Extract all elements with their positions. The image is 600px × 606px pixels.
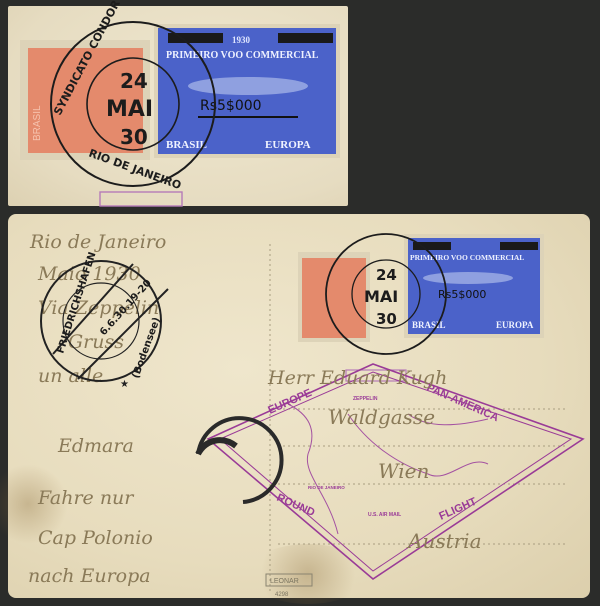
pc-rio-month: MAI	[364, 287, 398, 306]
postcard: Rio de Janeiro Maio 1930 Via Zeppelin Gr…	[8, 214, 590, 598]
cachet-flight: FLIGHT	[437, 496, 478, 523]
airmail-top-text: PRIMEIRO VOO COMMERCIAL	[166, 50, 319, 61]
hand-line: Cap Polonio	[38, 527, 153, 549]
address-line: Austria	[406, 529, 482, 553]
address-line: Waldgasse	[328, 405, 435, 429]
pc-airmail-top-text: PRIMEIRO VOO COMMERCIAL	[410, 253, 524, 262]
hand-line: Edmara	[57, 435, 134, 457]
purple-box-mark	[100, 192, 182, 206]
pc-rio-day: 24	[376, 266, 397, 284]
detail-inset: BRASIL 1930 PRIMEIRO VOO COMMERCIAL Rs5$…	[8, 6, 348, 206]
pc-airmail-country: BRASIL	[412, 320, 446, 330]
star-icon: ★	[120, 379, 129, 390]
cachet-city: RIO DE JANEIRO	[308, 485, 345, 490]
imprint-publisher: LEONAR	[270, 578, 299, 585]
hand-line: nach Europa	[28, 565, 151, 587]
airmail-destination: EUROPA	[265, 139, 311, 151]
postcard-svg: Rio de Janeiro Maio 1930 Via Zeppelin Gr…	[8, 214, 590, 598]
rio-day: 24	[120, 69, 148, 93]
airmail-stamp: 1930 PRIMEIRO VOO COMMERCIAL Rs5$000 BRA…	[154, 24, 340, 158]
publisher-imprint: LEONAR 4298	[266, 574, 312, 598]
pc-airmail-destination: EUROPA	[496, 320, 534, 330]
address-line: Herr Eduard Kugh	[267, 367, 447, 389]
rio-year: 30	[120, 125, 148, 149]
airmail-year-text: 1930	[232, 35, 251, 45]
hand-line: un alle	[38, 365, 103, 387]
cachet-europe: EUROPE	[266, 387, 313, 417]
imprint-number: 4298	[275, 592, 289, 598]
airmail-surcharge: Rs5$000	[200, 98, 262, 114]
address-line: Wien	[378, 459, 429, 483]
cachet-round: ROUND	[275, 492, 317, 519]
detail-svg: BRASIL 1930 PRIMEIRO VOO COMMERCIAL Rs5$…	[8, 6, 348, 206]
postcard-airmail-stamp: PRIMEIRO VOO COMMERCIAL Rs5$000 BRASIL E…	[404, 234, 544, 338]
rio-month: MAI	[106, 97, 153, 122]
hand-line: Fahre nur	[37, 487, 135, 509]
pc-rio-year: 30	[376, 310, 397, 328]
cachet-zeppelin: ZEPPELIN	[353, 396, 378, 402]
definitive-country-text: BRASIL	[32, 105, 43, 141]
fr-bottom-text: (Bodensee)	[130, 316, 162, 380]
cachet-airmail: U.S. AIR MAIL	[368, 512, 401, 518]
hand-line: Rio de Janeiro	[29, 231, 166, 253]
